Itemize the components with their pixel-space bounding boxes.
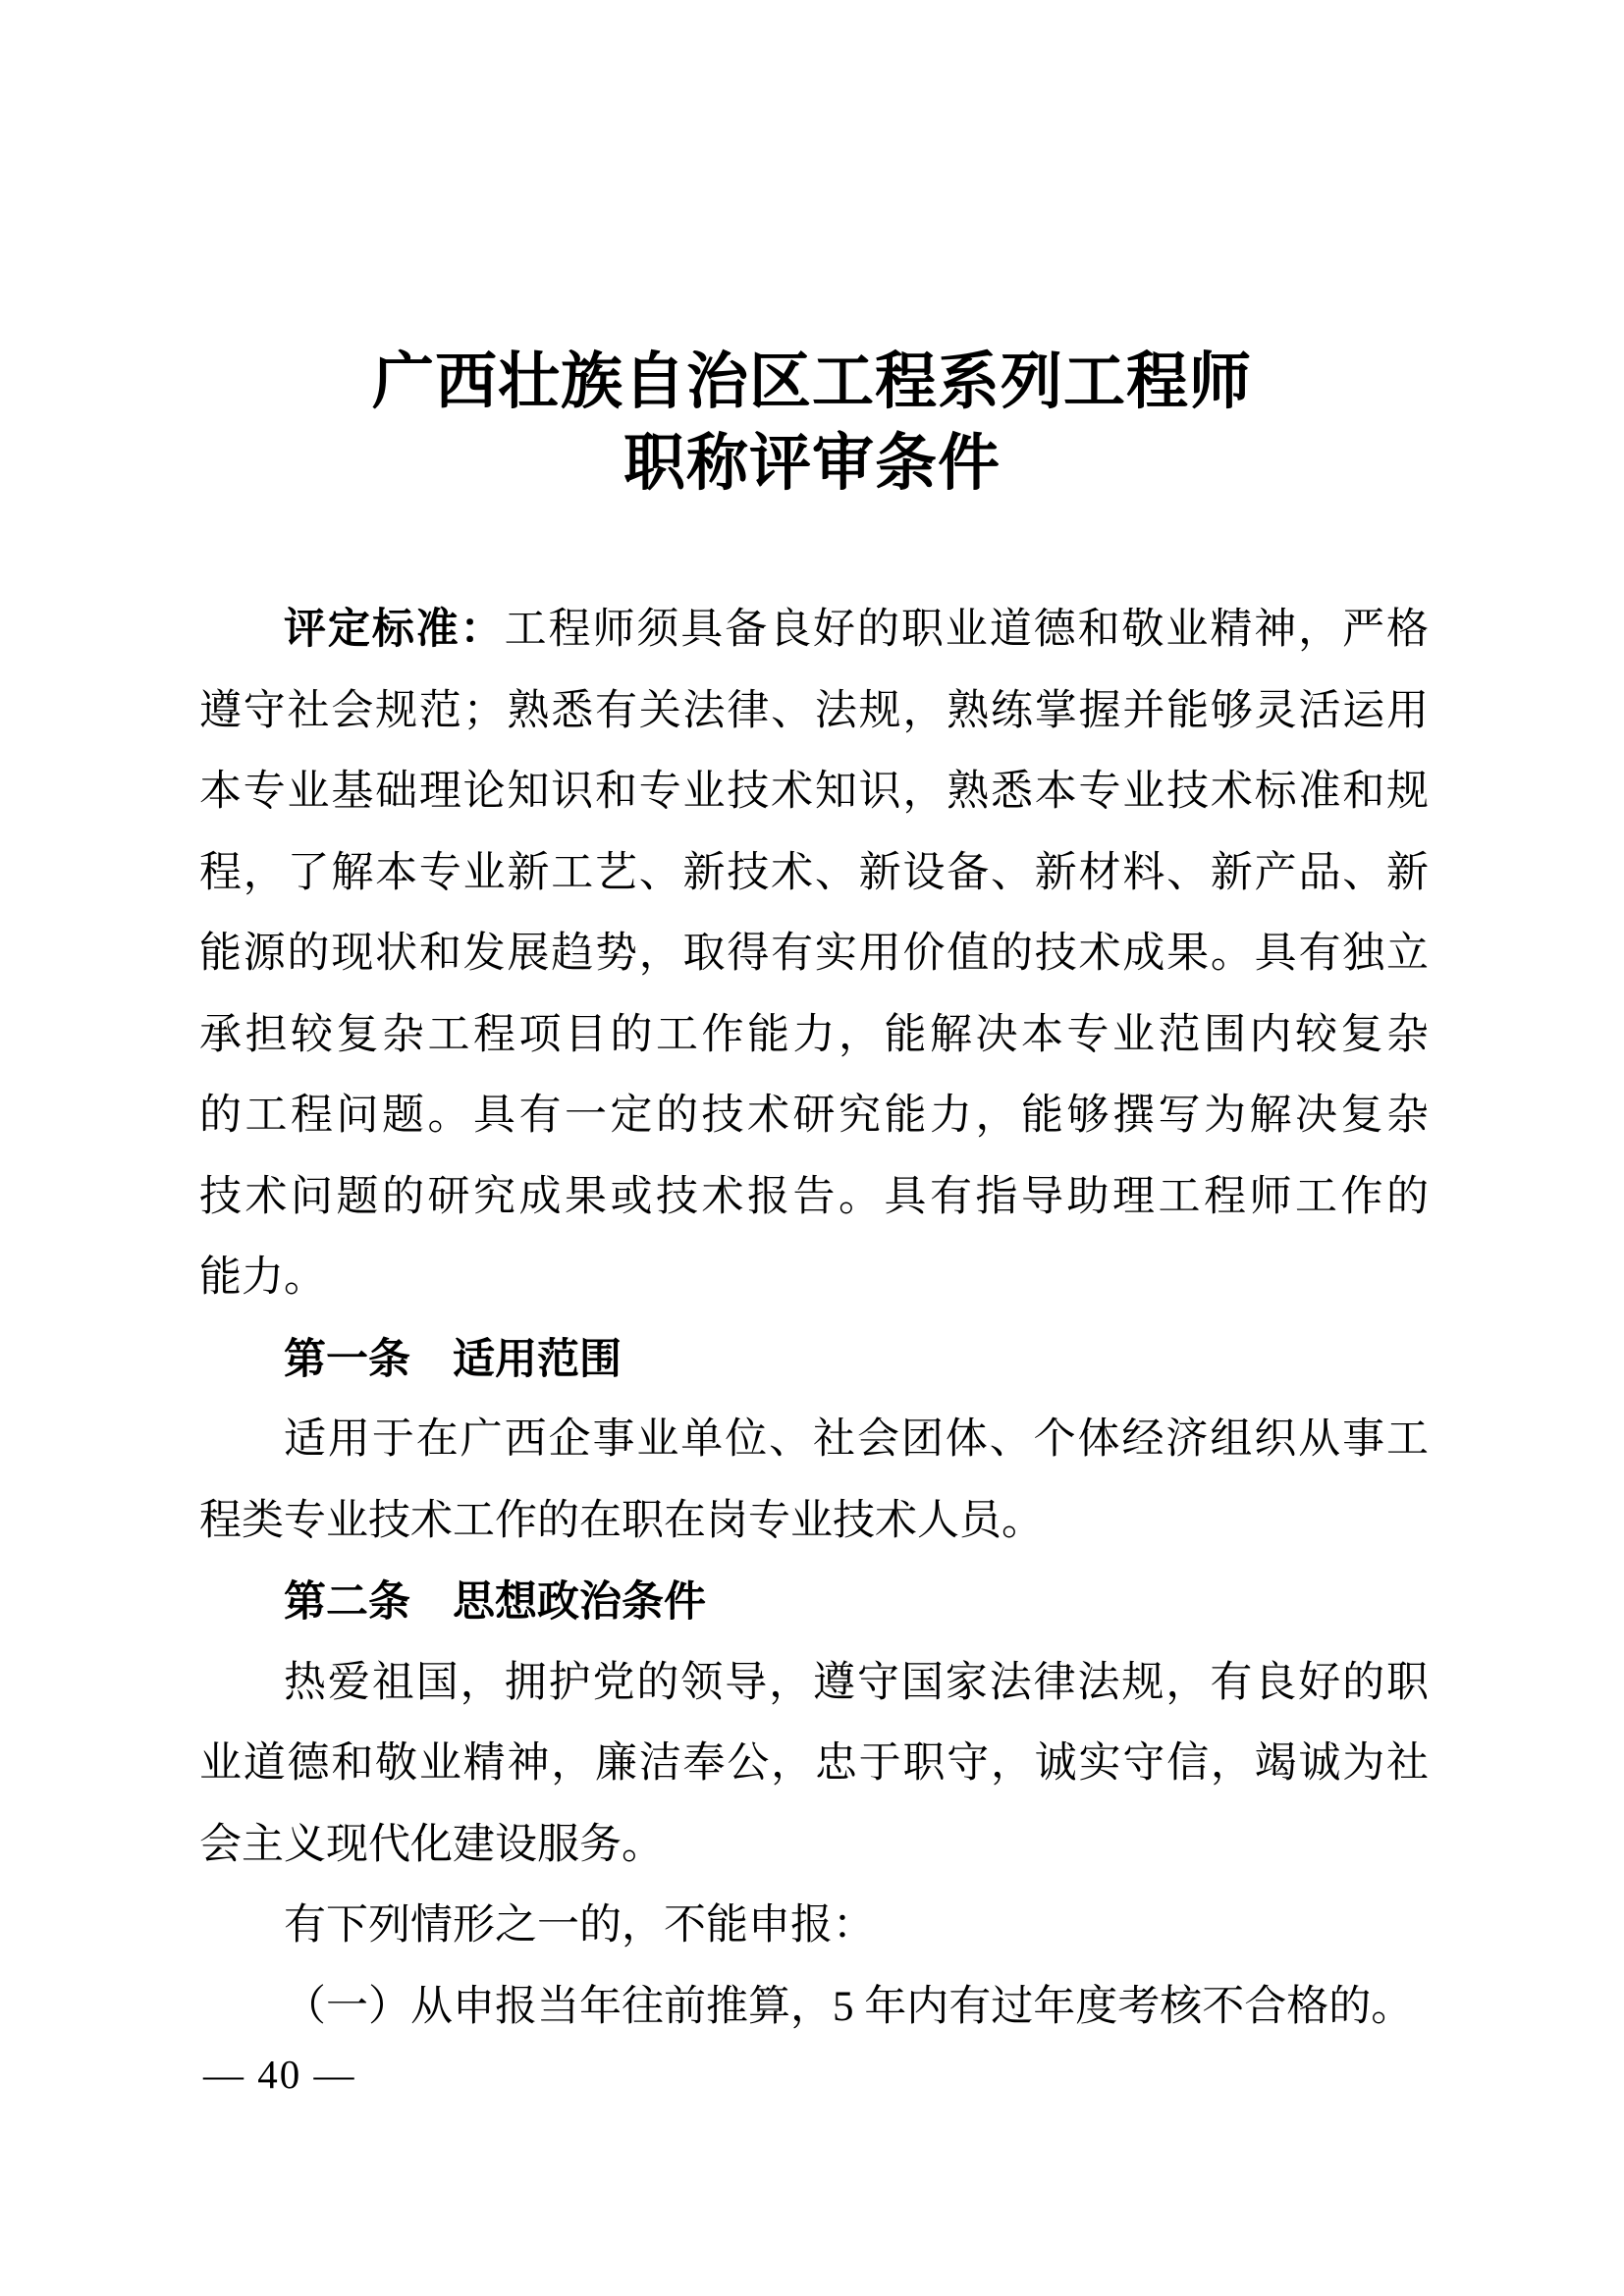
text-line: 程，了解本专业新工艺、新技术、新设备、新材料、新产品、新 [199,833,1429,915]
evaluation-standard-continuation-lines: 遵守社会规范；熟悉有关法律、法规，熟练掌握并能够灵活运用本专业基础理论知识和专业… [199,671,1429,1319]
paragraph-disqualification-note: 有下列情形之一的，不能申报： [199,1886,1429,1967]
title-line-1: 广西壮族自治区工程系列工程师 [0,342,1624,423]
document-body: 评定标准：工程师须具备良好的职业道德和敬业精神，严格 遵守社会规范；熟悉有关法律… [199,589,1429,2048]
text-line: 承担较复杂工程项目的工作能力，能解决本专业范围内较复杂 [199,995,1429,1077]
text-line: 遵守社会规范；熟悉有关法律、法规，熟练掌握并能够灵活运用 [199,671,1429,753]
text-line: 能源的现状和发展趋势，取得有实用价值的技术成果。具有独立 [199,914,1429,995]
disqualification-note-line: 有下列情形之一的，不能申报： [199,1886,1429,1967]
text-line: 技术问题的研究成果或技术报告。具有指导助理工程师工作的 [199,1157,1429,1239]
text-line: 评定标准：工程师须具备良好的职业道德和敬业精神，严格 [199,589,1429,671]
document-page: 广西壮族自治区工程系列工程师 职称评审条件 评定标准：工程师须具备良好的职业道德… [0,0,1624,2296]
paragraph-article-2-political: 热爱祖国，拥护党的领导，遵守国家法律法规，有良好的职业道德和敬业精神，廉洁奉公，… [199,1643,1429,1887]
text-line: 本专业基础理论知识和专业技术知识，熟悉本专业技术标准和规 [199,752,1429,833]
text-line: 适用于在广西企事业单位、社会团体、个体经济组织从事工 [199,1400,1429,1481]
article-2-heading: 第二条 思想政治条件 [199,1562,1429,1643]
page-number: — 40 — [203,2052,356,2098]
text-line: 业道德和敬业精神，廉洁奉公，忠于职守，诚实守信，竭诚为社 [199,1724,1429,1805]
document-title: 广西壮族自治区工程系列工程师 职称评审条件 [0,342,1624,505]
disqualification-item-1-line: （一）从申报当年往前推算，5 年内有过年度考核不合格的。 [199,1967,1429,2049]
paragraph-disqualification-item-1: （一）从申报当年往前推算，5 年内有过年度考核不合格的。 [199,1967,1429,2049]
paragraph-evaluation-standard: 评定标准：工程师须具备良好的职业道德和敬业精神，严格 遵守社会规范；熟悉有关法律… [199,589,1429,1319]
paragraph-article-1-scope: 适用于在广西企事业单位、社会团体、个体经济组织从事工程类专业技术工作的在职在岗专… [199,1400,1429,1562]
text-line: 程类专业技术工作的在职在岗专业技术人员。 [199,1481,1429,1563]
text-line: 会主义现代化建设服务。 [199,1805,1429,1887]
text-line: 的工程问题。具有一定的技术研究能力，能够撰写为解决复杂 [199,1076,1429,1157]
title-line-2: 职称评审条件 [0,423,1624,505]
article-2-lines: 热爱祖国，拥护党的领导，遵守国家法律法规，有良好的职业道德和敬业精神，廉洁奉公，… [199,1643,1429,1887]
evaluation-standard-label: 评定标准： [284,606,505,653]
evaluation-standard-first-line-text: 工程师须具备良好的职业道德和敬业精神，严格 [505,607,1429,653]
text-line: 能力。 [199,1238,1429,1319]
article-1-heading: 第一条 适用范围 [199,1319,1429,1401]
article-1-lines: 适用于在广西企事业单位、社会团体、个体经济组织从事工程类专业技术工作的在职在岗专… [199,1400,1429,1562]
text-line: 热爱祖国，拥护党的领导，遵守国家法律法规，有良好的职 [199,1643,1429,1725]
